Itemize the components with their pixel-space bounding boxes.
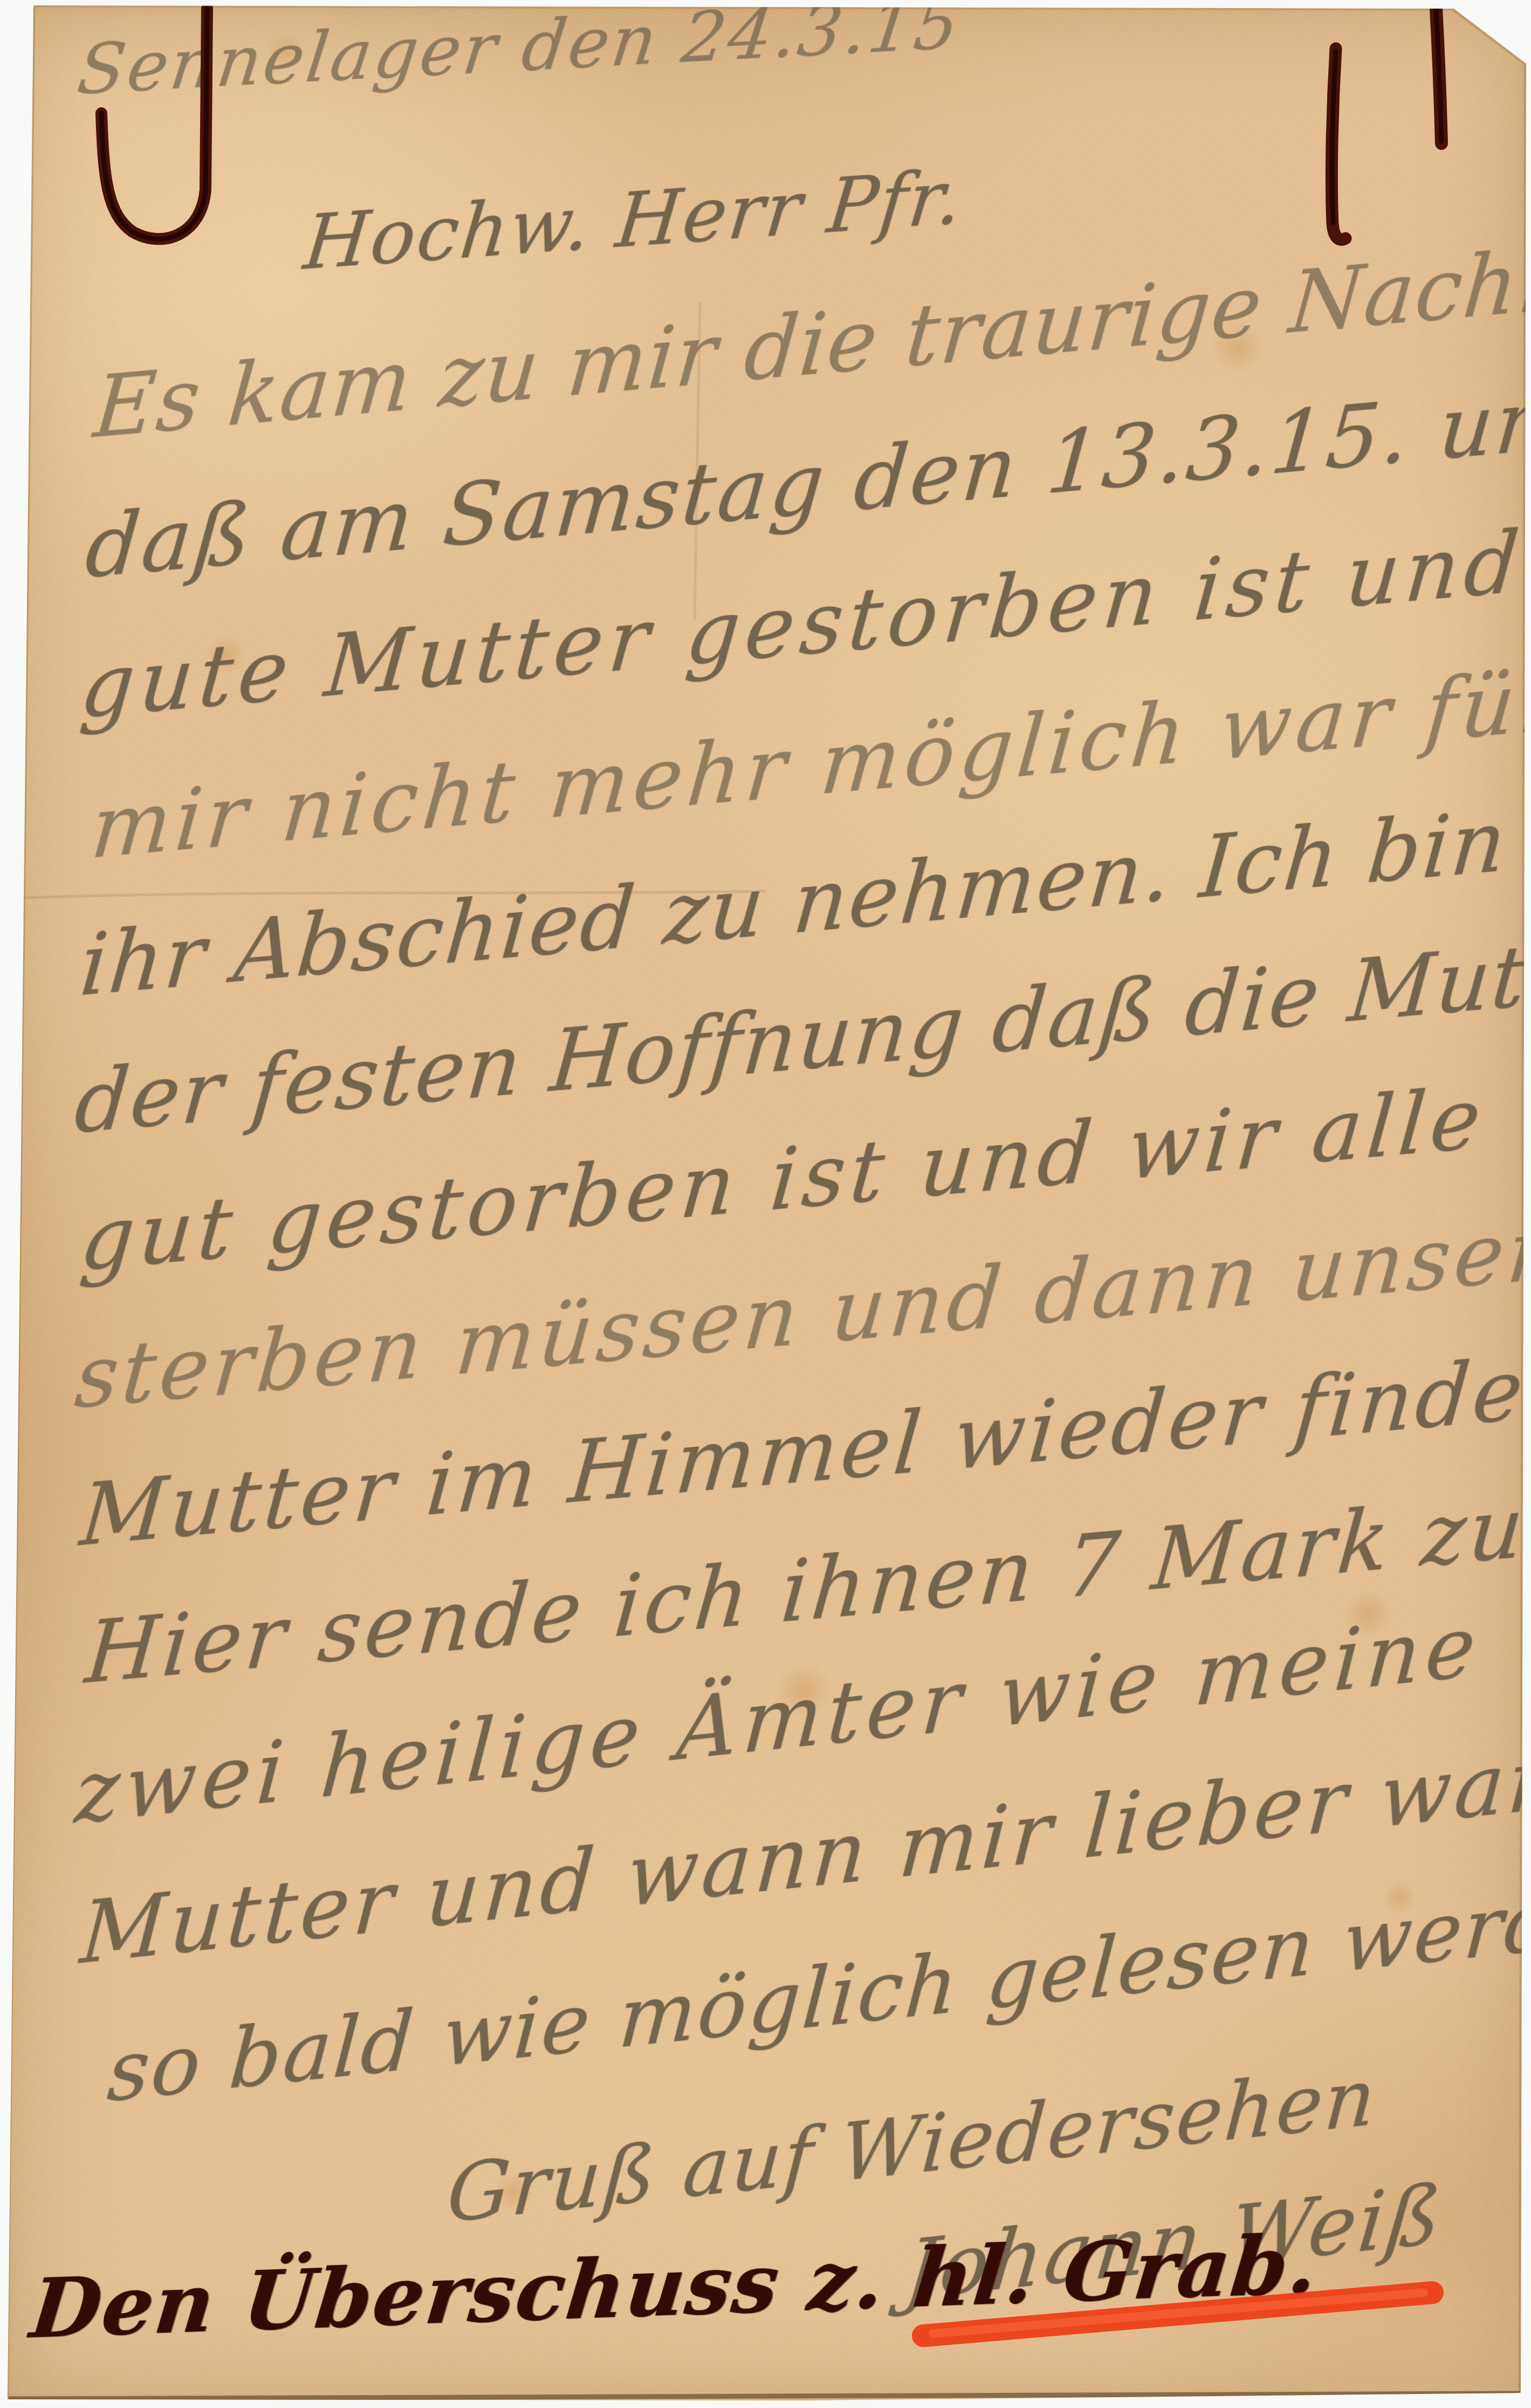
ink-stroke-1 <box>1331 49 1345 239</box>
paper-bottom-edge-shadow <box>9 2393 1520 2399</box>
signature-underline-red <box>923 2293 1432 2336</box>
horizontal-crease <box>24 891 766 898</box>
paper-right-edge <box>1520 65 1526 2392</box>
ink-hook-mark <box>101 9 207 239</box>
paper-left-edge <box>6 6 33 2398</box>
ink-marks-overlay <box>0 0 1531 2408</box>
paper-corner-cut-edge <box>1453 9 1526 64</box>
ink-stroke-2 <box>1436 9 1441 143</box>
aged-paper-sheet: Sennelager den 24.3.15 Hochw. Herr Pfr. … <box>0 0 1531 2408</box>
paper-top-edge <box>35 6 1453 9</box>
scanned-letter-page: { "letter": { "lines": [ {"role": "date-… <box>0 0 1531 2408</box>
vertical-crease <box>695 302 700 620</box>
